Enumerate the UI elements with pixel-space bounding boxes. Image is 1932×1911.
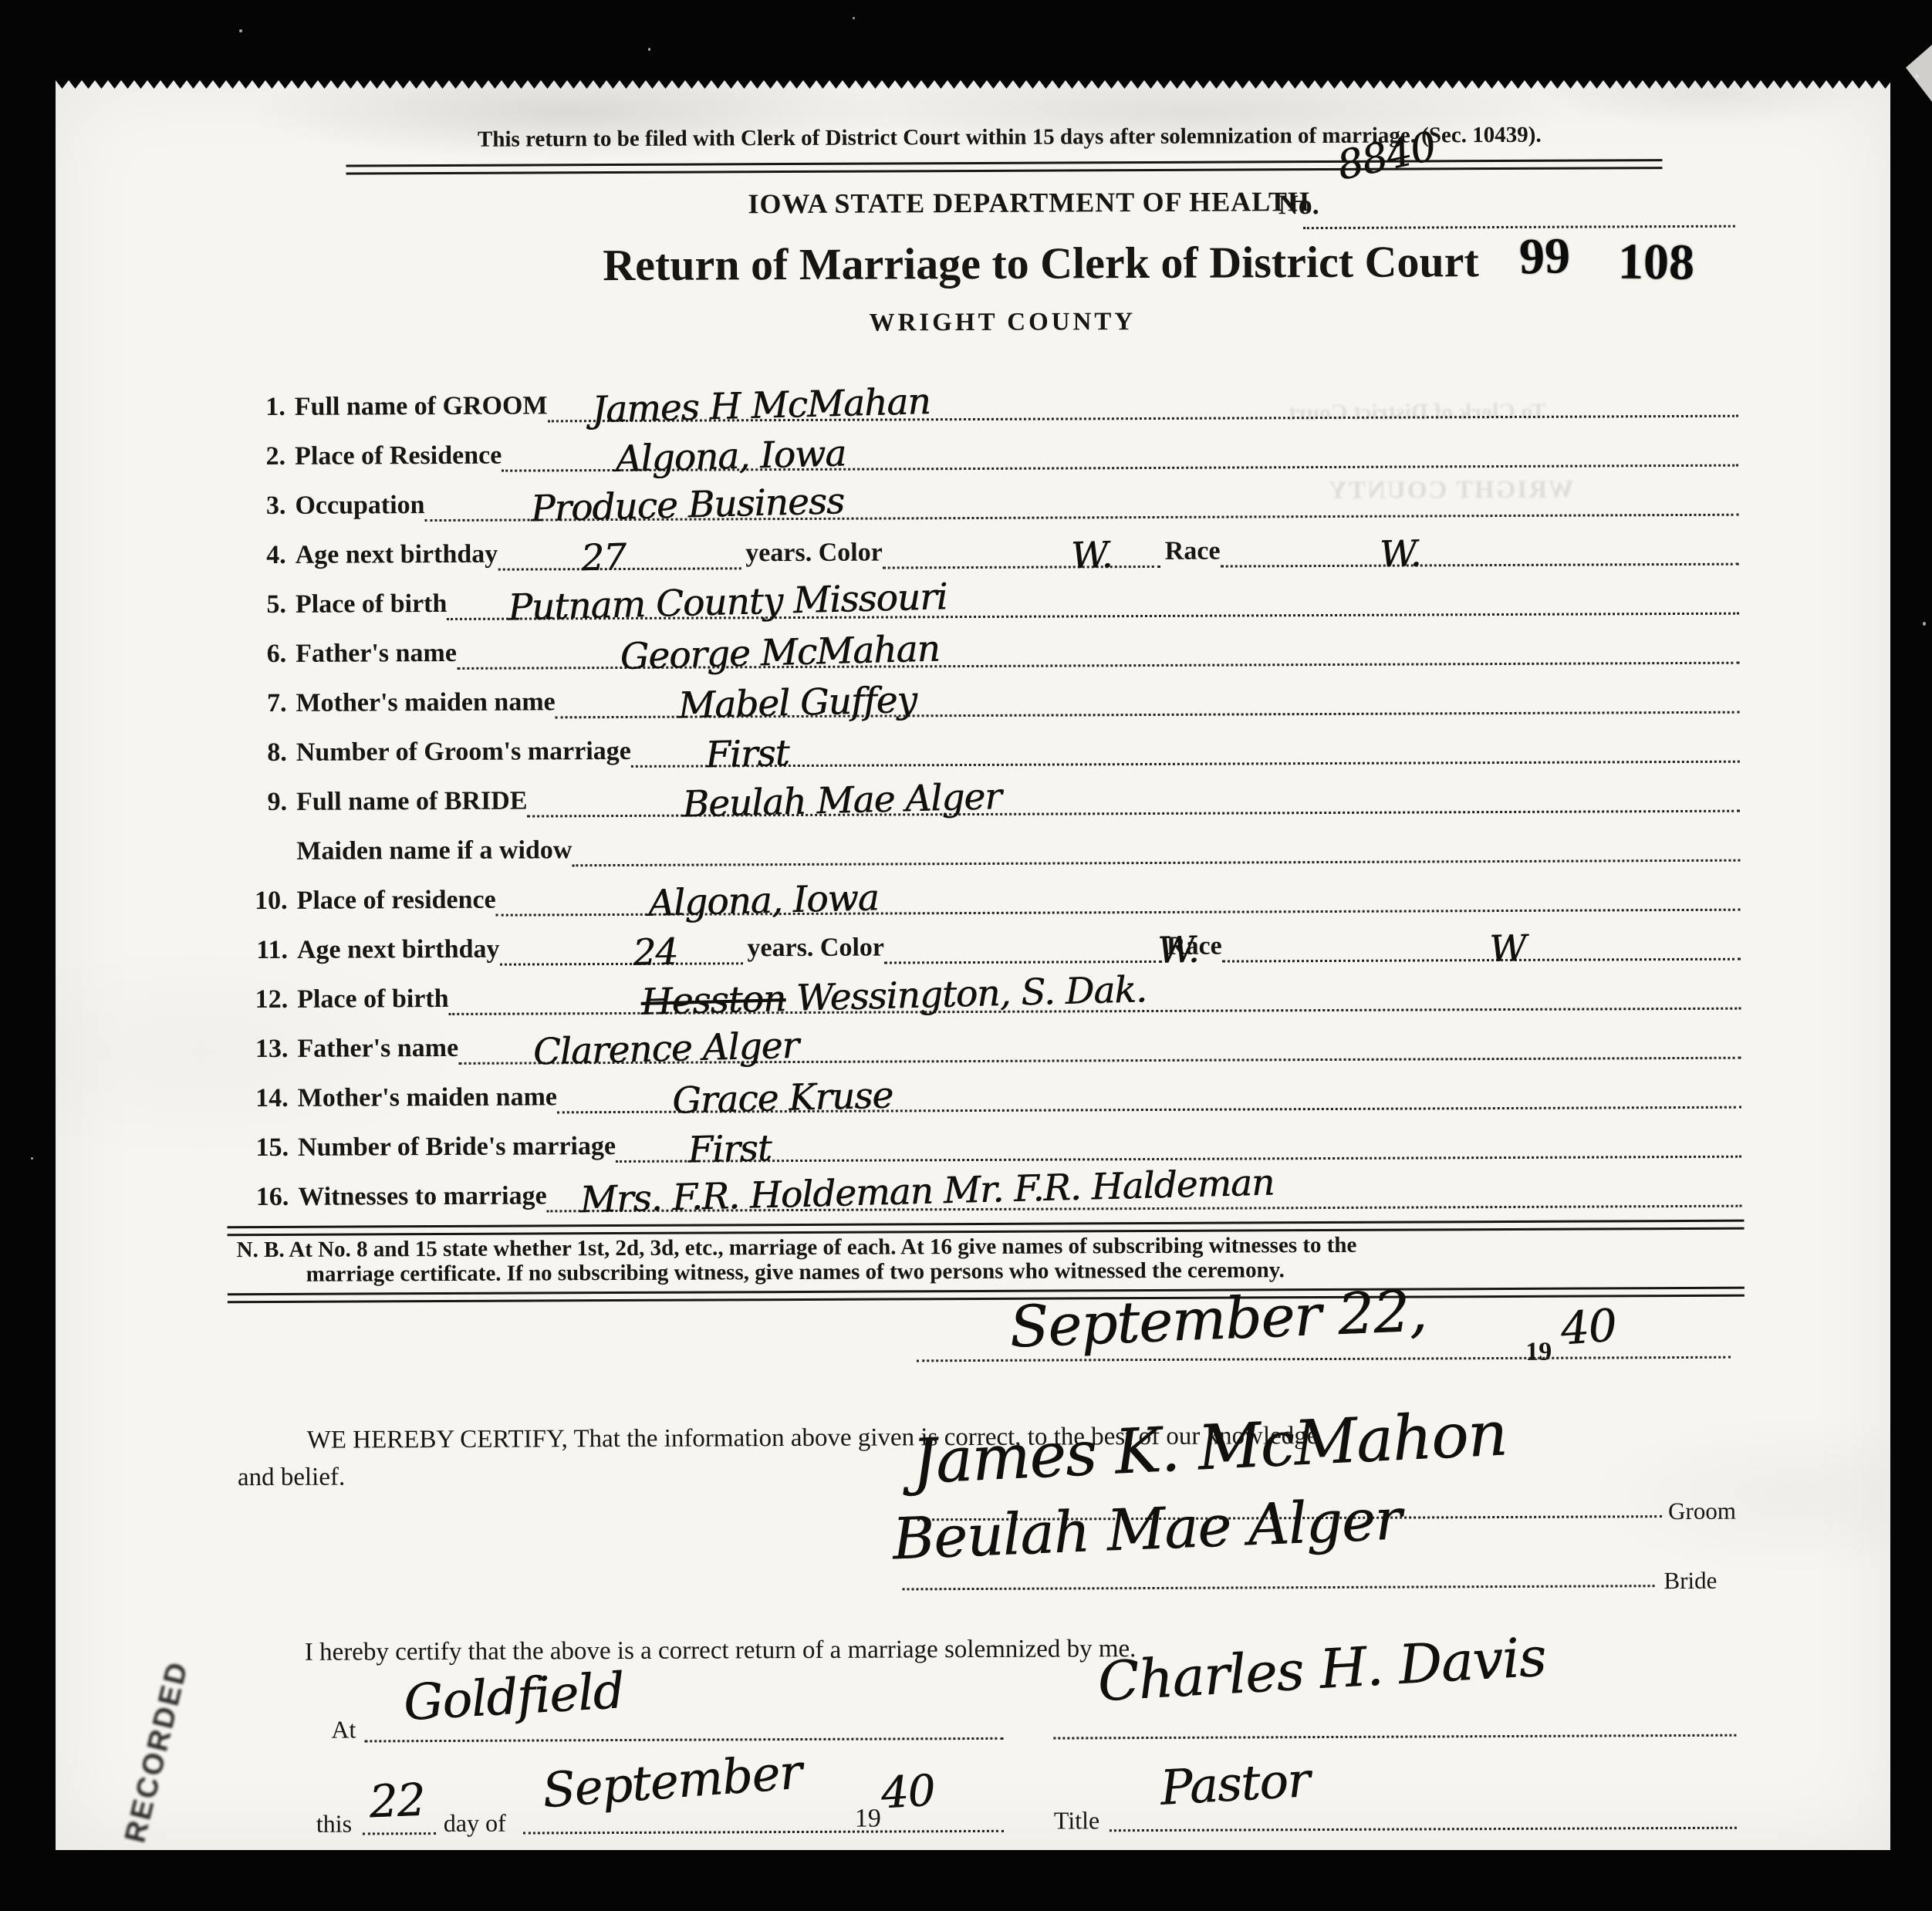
bride-signature-line (903, 1585, 1655, 1590)
field-value: Produce Business (530, 480, 844, 530)
form-row: 14.Mother's maiden nameGrace Kruse (233, 1059, 1741, 1116)
field-value: Mabel Guffey (677, 679, 917, 728)
at-label: At (331, 1716, 356, 1744)
field-value: W. (1070, 534, 1112, 577)
form-row: 4.Age next birthdayyears. ColorRace27W.W… (230, 516, 1738, 572)
field-label: Witnesses to marriage (298, 1181, 546, 1213)
field-value: First (687, 1127, 772, 1172)
department-title: IOWA STATE DEPARTMENT OF HEALTH (547, 184, 1511, 221)
field-number: 14. (233, 1084, 298, 1115)
form-row: Maiden name if a widow (231, 812, 1740, 869)
month-line (523, 1830, 1004, 1835)
field-label: Mother's maiden name (296, 687, 555, 719)
groom-label: Groom (1668, 1497, 1736, 1525)
field-number: 6. (231, 640, 296, 670)
form-row: 2.Place of ResidenceAlgona, Iowa (230, 417, 1738, 474)
day-value: 22 (368, 1774, 425, 1828)
field-value: First (705, 732, 789, 777)
field-number: 9. (231, 788, 296, 819)
field-number: 11. (232, 936, 297, 967)
bride-label: Bride (1663, 1567, 1717, 1595)
day-line (363, 1832, 436, 1835)
field-number: 15. (233, 1133, 298, 1164)
field-value: Grace Kruse (672, 1074, 893, 1122)
field-label: years. Color (741, 539, 883, 570)
field-number: 12. (232, 985, 297, 1016)
field-label: Age next birthday (297, 935, 500, 967)
filing-notice: This return to be filed with Clerk of Di… (307, 122, 1711, 154)
recorded-stamp: RECORDED (119, 1666, 193, 1846)
field-label: Occupation (295, 491, 424, 522)
year-value: 40 (880, 1766, 936, 1819)
form-row: 13.Father's nameClarence Alger (232, 1010, 1741, 1066)
document-content: To Clerk of District Court WRIGHT COUNTY… (52, 73, 1895, 1854)
form-row: 9.Full name of BRIDEBeulah Mae Alger (231, 763, 1740, 819)
month-value: September (540, 1744, 803, 1819)
field-number: 16. (233, 1183, 298, 1214)
field-label: Number of Bride's marriage (298, 1132, 616, 1164)
field-number: 3. (230, 491, 295, 522)
paper-corner-fragment (1906, 45, 1932, 102)
form-fields: 1.Full name of GROOMJames H McMahan2.Pla… (230, 368, 1742, 1214)
field-value: W. (1157, 929, 1199, 972)
form-row: 6.Father's nameGeorge McMahan (231, 615, 1739, 671)
field-value: W. (1379, 532, 1420, 576)
field-label: Age next birthday (296, 540, 498, 572)
certificate-number-label: No. (1278, 188, 1319, 221)
field-number: 4. (231, 541, 296, 572)
scan-speck (648, 48, 650, 51)
bride-signature: Beulah Mae Alger (891, 1487, 1403, 1573)
field-label: Mother's maiden name (298, 1082, 557, 1114)
nb-note-line2: marriage certificate. If no subscribing … (306, 1256, 1741, 1288)
field-number: 7. (231, 689, 296, 720)
field-value: Algona, Iowa (615, 432, 846, 481)
form-row: 1.Full name of GROOMJames H McMahan (230, 368, 1738, 424)
solemnization-statement: I hereby certify that the above is a cor… (305, 1635, 1137, 1667)
field-value: W (1489, 927, 1527, 971)
day-of-label: day of (444, 1809, 506, 1838)
scan-speck (31, 1157, 33, 1160)
officiant-signature: Charles H. Davis (1096, 1625, 1548, 1713)
form-row: 8.Number of Groom's marriageFirst (231, 714, 1740, 770)
field-label: Number of Groom's marriage (296, 737, 631, 769)
field-number: 10. (232, 886, 297, 917)
this-label: this (316, 1810, 352, 1838)
double-rule (228, 1287, 1745, 1304)
scan-speck (1923, 622, 1926, 626)
stamp-number-99: 99 (1518, 227, 1571, 286)
title-label: Title (1054, 1806, 1099, 1835)
field-label: Father's name (296, 639, 457, 670)
form-row: 7.Mother's maiden nameMabel Guffey (231, 664, 1739, 721)
field-label: years. Color (742, 934, 884, 965)
form-row: 11.Age next birthdayyears. ColorRace24W.… (232, 911, 1741, 967)
title-line (1110, 1827, 1737, 1832)
form-row: 10.Place of residenceAlgona, Iowa (231, 862, 1740, 918)
struck-text: Hesston (640, 977, 786, 1024)
field-value: Beulah Mae Alger (682, 775, 1001, 826)
double-rule (346, 159, 1662, 174)
field-number: 8. (231, 738, 296, 769)
marriage-year-value: 40 (1559, 1299, 1618, 1356)
field-label: Place of Residence (295, 441, 502, 473)
field-number: 13. (232, 1035, 297, 1065)
place-line (364, 1737, 1003, 1743)
field-label: Place of birth (297, 984, 449, 1016)
field-value: 27 (580, 536, 626, 579)
form-row: 3.OccupationProduce Business (230, 467, 1738, 523)
field-label: Maiden name if a widow (296, 836, 572, 868)
field-value: George McMahan (620, 628, 940, 678)
form-row: 16.Witnesses to marriageMrs. F.R. Holdem… (233, 1158, 1741, 1214)
field-label: Full name of BRIDE (296, 787, 528, 819)
field-label: Race (1160, 537, 1221, 568)
field-number: 5. (231, 590, 296, 621)
scanned-document-canvas: To Clerk of District Court WRIGHT COUNTY… (0, 0, 1932, 1911)
printed-year-prefix: 19 (855, 1805, 881, 1834)
field-value: James H McMahan (592, 380, 931, 431)
field-label: Full name of GROOM (295, 391, 548, 423)
solemnization-place: Goldfield (402, 1663, 625, 1732)
field-label: Father's name (297, 1034, 458, 1065)
field-label: Place of birth (296, 589, 448, 621)
form-row: 15.Number of Bride's marriageFirst (233, 1109, 1741, 1165)
printed-year-prefix: 19 (1525, 1338, 1552, 1367)
field-value: Clarence Alger (532, 1025, 799, 1074)
stamp-number-108: 108 (1618, 232, 1695, 292)
field-number: 1. (230, 393, 295, 424)
field-value: Algona, Iowa (647, 876, 879, 925)
field-value: Mrs. F.R. Holdeman Mr. F.R. Haldeman (579, 1161, 1275, 1221)
marriage-return-document: To Clerk of District Court WRIGHT COUNTY… (56, 77, 1890, 1850)
form-row: 5.Place of birthPutnam County Missouri (231, 566, 1739, 622)
county-name: WRIGHT COUNTY (223, 305, 1782, 340)
field-number: 2. (230, 442, 295, 473)
field-value: 24 (633, 930, 678, 974)
officiant-title: Pastor (1159, 1751, 1311, 1816)
scan-speck (239, 29, 242, 32)
scan-speck (853, 17, 855, 19)
field-label: Place of residence (297, 886, 496, 917)
officiant-signature-line (1053, 1734, 1736, 1740)
